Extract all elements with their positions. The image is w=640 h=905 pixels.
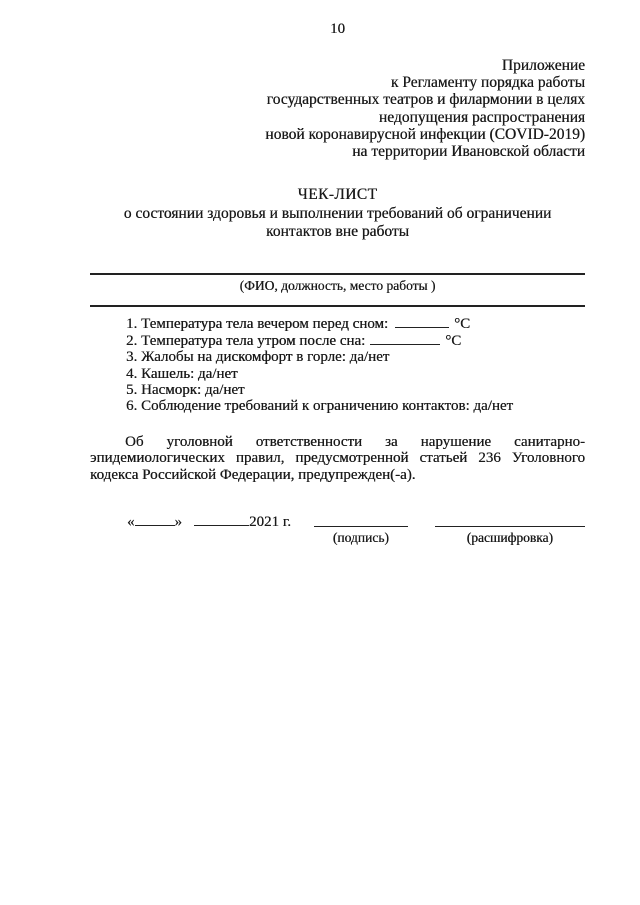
document-page: 10 Приложение к Регламенту порядка работ… xyxy=(0,0,640,905)
document-title: ЧЕК-ЛИСТ о состоянии здоровья и выполнен… xyxy=(90,186,585,242)
close-quote: » xyxy=(175,514,183,530)
fio-caption: (ФИО, должность, место работы ) xyxy=(90,275,585,293)
celsius-unit-2: °С xyxy=(445,333,461,349)
signature-blank-line xyxy=(314,513,408,527)
page-content: 10 Приложение к Регламенту порядка работ… xyxy=(0,0,640,545)
name-transcript-blank-line xyxy=(435,513,585,527)
celsius-unit-1: °С xyxy=(454,316,470,332)
checklist-item-6: 6. Соблюдение требований к ограничению к… xyxy=(126,398,585,414)
health-checklist: 1. Температура тела вечером перед сном:°… xyxy=(90,315,585,415)
header-line-6: на территории Ивановской области xyxy=(90,143,585,160)
checklist-item-2-label: 2. Температура тела утром после сна: xyxy=(126,333,365,349)
fio-section: (ФИО, должность, место работы ) xyxy=(90,273,585,307)
temperature-evening-blank xyxy=(395,315,449,328)
checklist-item-3: 3. Жалобы на дискомфорт в горле: да/нет xyxy=(126,349,585,365)
title-heading: ЧЕК-ЛИСТ xyxy=(90,186,585,205)
page-number: 10 xyxy=(90,22,585,37)
checklist-item-4-label: 4. Кашель: да/нет xyxy=(126,366,238,382)
header-line-1: Приложение xyxy=(90,57,585,74)
signature-caption: (подпись) xyxy=(314,530,408,545)
title-subtitle-line-2: контактов вне работы xyxy=(90,223,585,242)
name-transcript-field: (расшифровка) xyxy=(435,513,585,545)
checklist-item-5-label: 5. Насморк: да/нет xyxy=(126,382,245,398)
checklist-item-3-label: 3. Жалобы на дискомфорт в горле: да/нет xyxy=(126,349,389,365)
checklist-item-5: 5. Насморк: да/нет xyxy=(126,382,585,398)
fio-fill-line-bottom xyxy=(90,305,585,307)
date-line: «»2021 г. xyxy=(127,513,291,530)
open-quote: « xyxy=(127,514,135,530)
signature-field: (подпись) xyxy=(314,513,408,545)
name-transcript-caption: (расшифровка) xyxy=(435,530,585,545)
appendix-header: Приложение к Регламенту порядка работы г… xyxy=(90,57,585,160)
checklist-item-4: 4. Кашель: да/нет xyxy=(126,366,585,382)
header-line-3: государственных театров и филармонии в ц… xyxy=(90,91,585,108)
checklist-item-2: 2. Температура тела утром после сна:°С xyxy=(126,332,585,349)
header-line-4: недопущения распространения xyxy=(90,109,585,126)
checklist-item-1-label: 1. Температура тела вечером перед сном: xyxy=(126,316,388,332)
temperature-morning-blank xyxy=(370,332,440,345)
checklist-item-6-label: 6. Соблюдение требований к ограничению к… xyxy=(126,398,513,414)
title-subtitle-line-1: о состоянии здоровья и выполнении требов… xyxy=(90,205,585,224)
checklist-item-1: 1. Температура тела вечером перед сном:°… xyxy=(126,315,585,332)
signature-row: «»2021 г. (подпись) (расшифровка) xyxy=(90,513,585,545)
header-line-2: к Регламенту порядка работы xyxy=(90,74,585,91)
year-label: 2021 г. xyxy=(249,514,291,530)
date-day-blank xyxy=(135,513,175,526)
date-month-blank xyxy=(194,513,249,526)
legal-notice: Об уголовной ответственности за нарушени… xyxy=(90,434,585,484)
header-line-5: новой коронавирусной инфекции (COVID-201… xyxy=(90,126,585,143)
